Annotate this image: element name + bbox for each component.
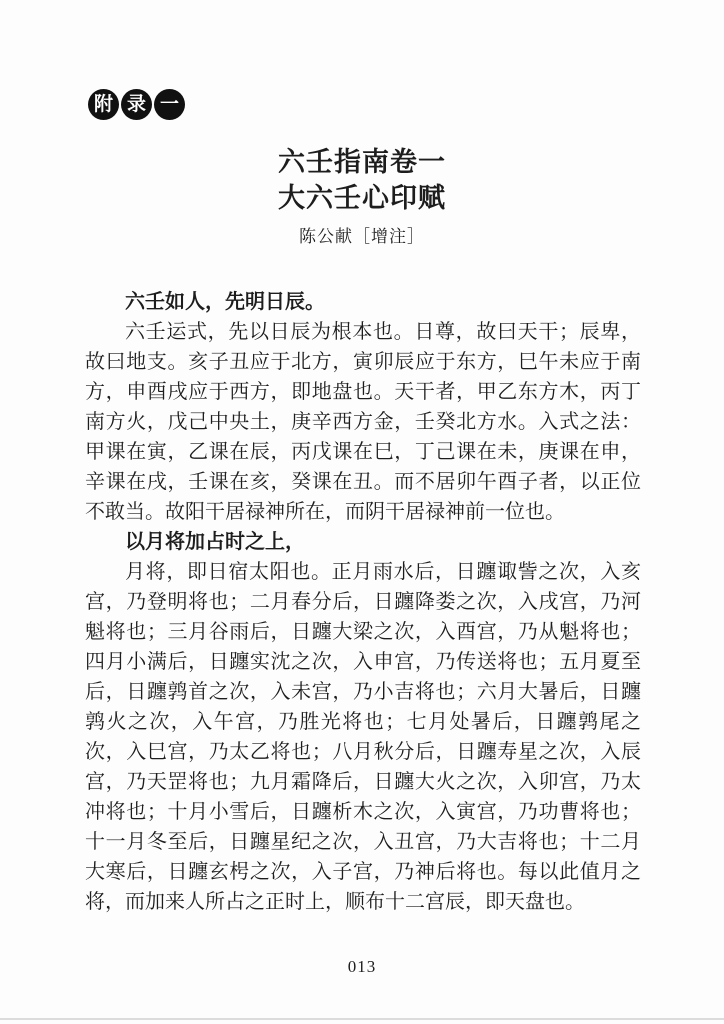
appendix-badge-char-2: 录 [121,89,152,120]
body-paragraph-2: 月将，即日宿太阳也。正月雨水后，日躔诹訾之次，入亥宫，乃登明将也；二月春分后，日… [85,557,641,917]
appendix-badge-char-3: 一 [154,89,185,120]
page-bottom-edge [0,1018,724,1020]
body-text: 六壬如人，先明日辰。 六壬运式，先以日辰为根本也。日尊，故曰天干；辰卑，故曰地支… [85,287,641,917]
author-line: 陈公献［增注］ [0,226,724,248]
appendix-badge-char-1: 附 [88,89,119,120]
page-subtitle: 大六壬心印赋 [0,183,724,213]
body-paragraph-heading-2: 以月将加占时之上， [85,527,641,557]
body-paragraph-1: 六壬运式，先以日辰为根本也。日尊，故曰天干；辰卑，故曰地支。亥子丑应于北方，寅卯… [85,317,641,527]
body-paragraph-heading-1: 六壬如人，先明日辰。 [85,287,641,317]
page-number: 013 [0,957,724,977]
page-title: 六壬指南卷一 [0,147,724,177]
appendix-badge: 附 录 一 [88,89,185,120]
book-page: 附 录 一 六壬指南卷一 大六壬心印赋 陈公献［增注］ 六壬如人，先明日辰。 六… [0,0,724,1024]
